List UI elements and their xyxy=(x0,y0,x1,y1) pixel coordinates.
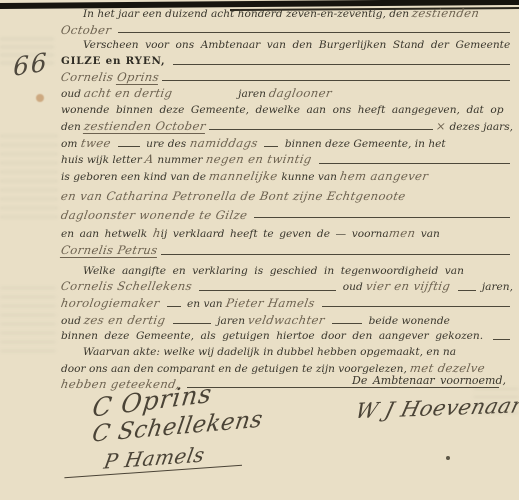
handwritten-text: mannelijke xyxy=(208,170,279,183)
printed-text: den xyxy=(61,121,84,134)
printed-text: nummer xyxy=(154,154,206,167)
handwritten-text: dagloonster wonende te Gilze xyxy=(60,209,252,222)
document-line: Cornelis Schellekens oud vier en vijftig… xyxy=(61,280,513,294)
printed-text: binnen deze Gemeente, in het xyxy=(281,138,445,151)
document-line: wonende binnen deze Gemeente, dewelke aa… xyxy=(61,104,513,117)
scanned-birth-record: 66 In het jaar een duizend acht honderd … xyxy=(0,0,519,500)
handwritten-text: hem aangever xyxy=(339,170,429,183)
printed-text: oud xyxy=(61,88,84,101)
filler-rule xyxy=(118,31,510,33)
handwritten-text: twee xyxy=(80,137,116,150)
filler-rule xyxy=(254,216,510,218)
ink-spot xyxy=(446,456,450,460)
printed-text: is geboren een kind van de xyxy=(61,171,209,184)
printed-text: jaren xyxy=(235,88,270,101)
official-title-text: De Ambtenaar voornoemd, xyxy=(352,374,519,387)
filler-rule xyxy=(161,253,510,255)
paper-stain xyxy=(36,94,44,102)
document-line: om twee ure des namiddags binnen deze Ge… xyxy=(61,137,513,151)
printed-text: ure des xyxy=(143,138,190,151)
filler-rule xyxy=(162,79,510,81)
handwritten-text: en van Catharina Petronella de Bont zijn… xyxy=(60,190,407,203)
printed-text: oud xyxy=(339,281,366,294)
handwritten-text: vier en vijftig xyxy=(365,280,455,293)
printed-text: kunne van xyxy=(278,171,340,184)
filler-rule xyxy=(264,145,278,147)
printed-text: oud xyxy=(61,315,84,328)
document-line: huis wijk letter A nummer negen en twint… xyxy=(61,153,513,167)
filler-rule xyxy=(322,305,510,307)
printed-text: om xyxy=(61,138,81,151)
document-body: In het jaar een duizend acht honderd zev… xyxy=(61,7,513,394)
signature-block-official: De Ambtenaar voornoemd, W J Hoevenaars xyxy=(352,374,519,420)
page-bottom-edge xyxy=(0,487,519,500)
filler-rule xyxy=(458,289,476,291)
handwritten-text: acht en dertig xyxy=(83,87,173,100)
handwritten-text: met dezelve xyxy=(409,362,486,375)
handwritten-text: October xyxy=(60,24,116,37)
filler-rule xyxy=(173,322,211,324)
filler-rule xyxy=(173,63,510,65)
printed-text: GILZE en RYEN, xyxy=(61,55,170,68)
ink-bleedthrough xyxy=(0,282,56,352)
printed-text: en van xyxy=(184,298,226,311)
handwritten-text: daglooner xyxy=(268,87,333,100)
filler-rule xyxy=(118,145,140,147)
document-line: Waarvan akte: welke wij dadelijk in dubb… xyxy=(61,346,513,359)
printed-text: binnen deze Gemeente, als getuigen hiert… xyxy=(61,330,490,343)
handwritten-text: namiddags xyxy=(189,137,263,150)
document-line: horologiemaker en van Pieter Hamels xyxy=(61,297,513,311)
handwritten-text: Pieter Hamels xyxy=(225,297,320,310)
printed-text: In het jaar een duizend acht honderd zev… xyxy=(83,8,412,21)
printed-text: Waarvan akte: welke wij dadelijk in dubb… xyxy=(83,346,456,359)
ink-bleedthrough xyxy=(0,128,58,218)
signature-official: W J Hoevenaars xyxy=(353,393,519,423)
document-line: Cornelis Petrus xyxy=(61,244,513,258)
document-line: Verscheen voor ons Ambtenaar van den Bur… xyxy=(61,39,513,52)
printed-text: jaren, xyxy=(479,281,514,294)
document-line: binnen deze Gemeente, als getuigen hiert… xyxy=(61,330,513,343)
document-line: In het jaar een duizend acht honderd zev… xyxy=(61,7,513,21)
printed-text: huis wijk letter xyxy=(61,154,145,167)
handwritten-text: zes en dertig xyxy=(83,314,171,327)
printed-text: ij verklaard heeft te geven de — voorna xyxy=(161,228,389,241)
record-number: 66 xyxy=(13,47,49,82)
document-line: Welke aangifte en verklaring is geschied… xyxy=(61,265,513,278)
printed-text: dezes jaars, xyxy=(446,121,513,134)
handwritten-text: Cornelis Petrus xyxy=(60,244,159,258)
filler-rule xyxy=(332,322,362,324)
printed-text: jaren xyxy=(214,315,249,328)
printed-text: Welke aangifte en verklaring is geschied… xyxy=(83,265,464,278)
filler-rule xyxy=(167,305,181,307)
signature-block-left: C Oprins C Schellekens P Hamels xyxy=(92,383,263,472)
document-line: GILZE en RYEN, xyxy=(61,55,513,68)
printed-text: wonende binnen deze Gemeente, dewelke aa… xyxy=(61,104,504,117)
document-line: en van Catharina Petronella de Bont zijn… xyxy=(61,190,513,203)
handwritten-text: Oprins xyxy=(116,71,160,85)
document-line: dagloonster wonende te Gilze xyxy=(61,209,513,222)
handwritten-text: × xyxy=(435,120,447,133)
document-line: October xyxy=(61,24,513,37)
handwritten-text: Cornelis Schellekens xyxy=(60,280,197,293)
document-line: den zestienden October× dezes jaars, xyxy=(61,120,513,134)
filler-rule xyxy=(319,162,510,164)
handwritten-text: zestienden xyxy=(411,7,480,20)
handwritten-text: negen en twintig xyxy=(205,153,317,166)
handwritten-text: zestienden October xyxy=(83,120,207,134)
document-line: oud acht en dertig jaren daglooner xyxy=(61,87,513,101)
filler-rule xyxy=(209,128,433,130)
printed-text: beide wonende xyxy=(365,315,450,328)
handwritten-text: Cornelis xyxy=(60,71,118,84)
document-line: en aan hetwelk hij verklaard heeft te ge… xyxy=(61,227,513,241)
printed-text: Verscheen voor ons Ambtenaar van den Bur… xyxy=(83,39,510,52)
handwritten-text: horologiemaker xyxy=(60,297,165,310)
filler-rule xyxy=(199,289,336,291)
document-line: oud zes en dertig jaren veldwachter beid… xyxy=(61,314,513,328)
blank-gap xyxy=(173,100,235,101)
filler-rule xyxy=(493,338,510,340)
handwritten-text: veldwachter xyxy=(247,314,330,327)
printed-text: en aan hetwelk xyxy=(61,228,153,241)
document-line: is geboren een kind van de mannelijke ku… xyxy=(61,170,513,184)
handwritten-text: men xyxy=(388,227,417,240)
document-line: Cornelis Oprins xyxy=(61,71,513,85)
printed-text: van xyxy=(415,228,440,241)
